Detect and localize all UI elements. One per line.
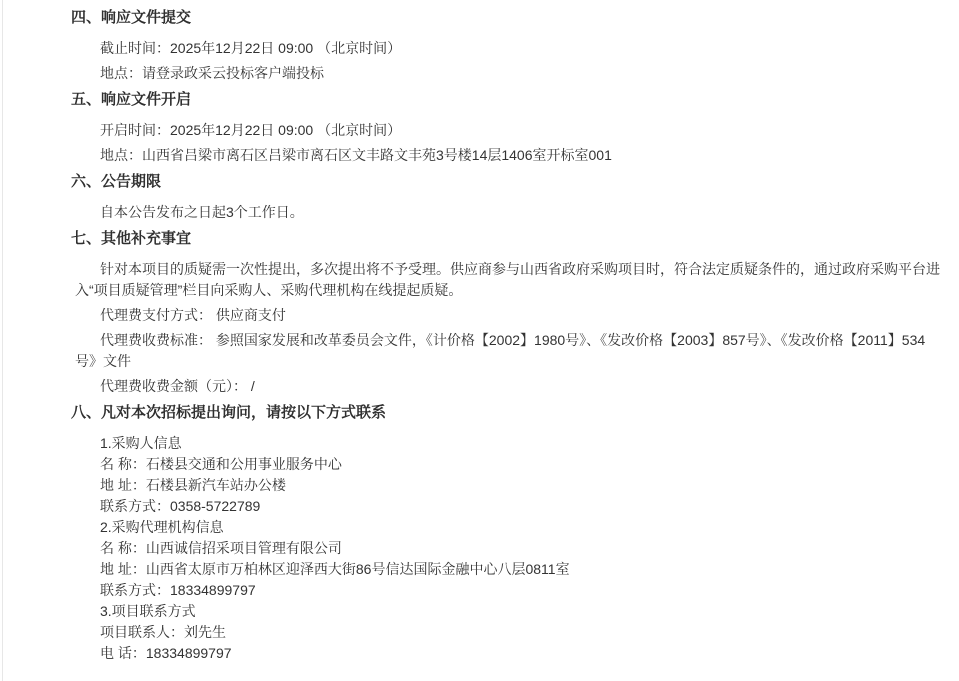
section-title-announcement-period: 六、公告期限 [71,172,941,192]
section-inquiry-contacts: 八、凡对本次招标提出询问，请按以下方式联系 1.采购人信息 名 称：石楼县交通和… [3,403,941,664]
purchaser-name: 名 称：石楼县交通和公用事业服务中心 [75,454,941,475]
section-other-supplementary-matters: 七、其他补充事宜 针对本项目的质疑需一次性提出，多次提出将不予受理。供应商参与山… [3,229,941,397]
section-title-other-supplementary-matters: 七、其他补充事宜 [71,229,941,249]
section-response-file-submission: 四、响应文件提交 截止时间：2025年12月22日 09:00 （北京时间） 地… [3,8,941,84]
agency-info-header: 2.采购代理机构信息 [75,517,941,538]
agency-name: 名 称：山西诚信招采项目管理有限公司 [75,538,941,559]
agency-contact-phone: 联系方式：18334899797 [75,580,941,601]
submission-deadline-time: 截止时间：2025年12月22日 09:00 （北京时间） [75,38,941,59]
section-title-response-file-submission: 四、响应文件提交 [71,8,941,28]
section-title-inquiry-contacts: 八、凡对本次招标提出询问，请按以下方式联系 [71,403,941,423]
purchaser-info-header: 1.采购人信息 [75,433,941,454]
agency-address: 地 址：山西省太原市万柏林区迎泽西大街86号信达国际金融中心八层0811室 [75,559,941,580]
section-response-file-opening: 五、响应文件开启 开启时间：2025年12月22日 09:00 （北京时间） 地… [3,90,941,166]
announcement-period-text: 自本公告发布之日起3个工作日。 [75,202,941,223]
agency-fee-amount: 代理费收费金额（元）： / [75,376,941,397]
objection-policy-paragraph: 针对本项目的质疑需一次性提出，多次提出将不予受理。供应商参与山西省政府采购项目时… [75,259,941,301]
project-contact-header: 3.项目联系方式 [75,601,941,622]
agency-fee-standard: 代理费收费标准： 参照国家发展和改革委员会文件，《计价格【2002】1980号》… [75,330,941,372]
purchaser-address: 地 址：石楼县新汽车站办公楼 [75,475,941,496]
project-contact-person: 项目联系人：刘先生 [75,622,941,643]
project-contact-phone: 电 话：18334899797 [75,643,941,664]
section-announcement-period: 六、公告期限 自本公告发布之日起3个工作日。 [3,172,941,223]
opening-location: 地点：山西省吕梁市离石区吕梁市离石区文丰路文丰苑3号楼14层1406室开标室00… [75,145,941,166]
submission-location: 地点：请登录政采云投标客户端投标 [75,63,941,84]
agency-fee-payment-method: 代理费支付方式： 供应商支付 [75,305,941,326]
section-title-response-file-opening: 五、响应文件开启 [71,90,941,110]
purchaser-contact-phone: 联系方式：0358-5722789 [75,496,941,517]
opening-time: 开启时间：2025年12月22日 09:00 （北京时间） [75,120,941,141]
announcement-document: 四、响应文件提交 截止时间：2025年12月22日 09:00 （北京时间） 地… [2,0,959,681]
